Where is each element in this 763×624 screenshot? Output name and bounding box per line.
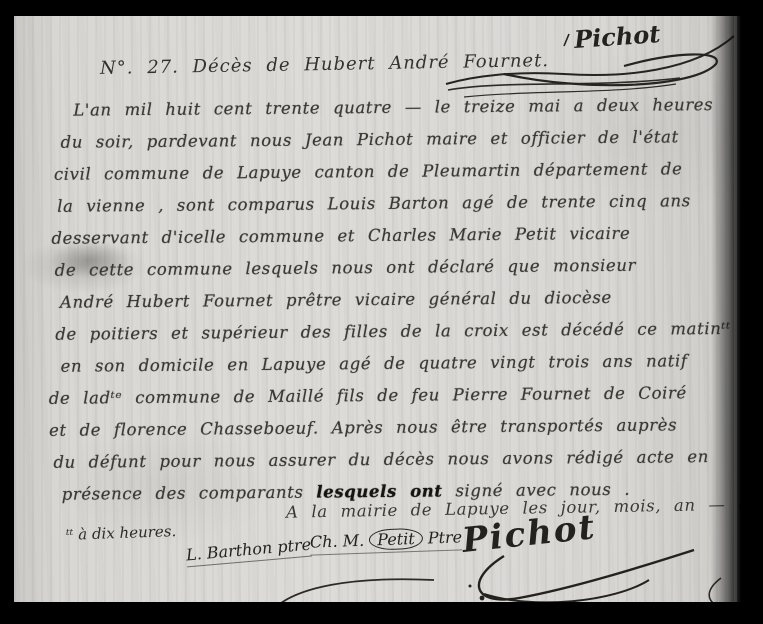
presence-correction: lesquels ont [316, 481, 442, 501]
ink-smudge [50, 242, 130, 278]
signature-petit-prefix: Ch. M. [310, 531, 365, 552]
signature-pichot-top: Pichot [573, 19, 661, 54]
scan-frame: N°. 27. Décès de Hubert André Fournet. P… [0, 0, 763, 624]
signature-barthon: L. Barthon ptre [185, 535, 312, 568]
act-number: N°. 27. [100, 57, 179, 79]
margin-note: ᵗᵗ à dix heures. [66, 522, 177, 544]
bottom-stroke-left [269, 568, 729, 602]
act-body: L'an mil huit cent trente quatre — le tr… [14, 89, 736, 511]
presence-part: présence des comparants [62, 483, 317, 504]
act-title: Décès de Hubert André Fournet. [192, 50, 549, 77]
signature-pichot-top-label: Pichot [573, 19, 661, 54]
signature-petit-suffix: Ptre [427, 527, 462, 547]
signature-petit-name: Petit [369, 528, 423, 551]
document-page: N°. 27. Décès de Hubert André Fournet. P… [14, 16, 751, 602]
signature-petit: Ch. M. Petit Ptre [310, 527, 463, 555]
page-edge-shadow [711, 16, 751, 602]
act-heading: N°. 27. Décès de Hubert André Fournet. [100, 50, 549, 79]
page-edge-streak [734, 16, 737, 602]
